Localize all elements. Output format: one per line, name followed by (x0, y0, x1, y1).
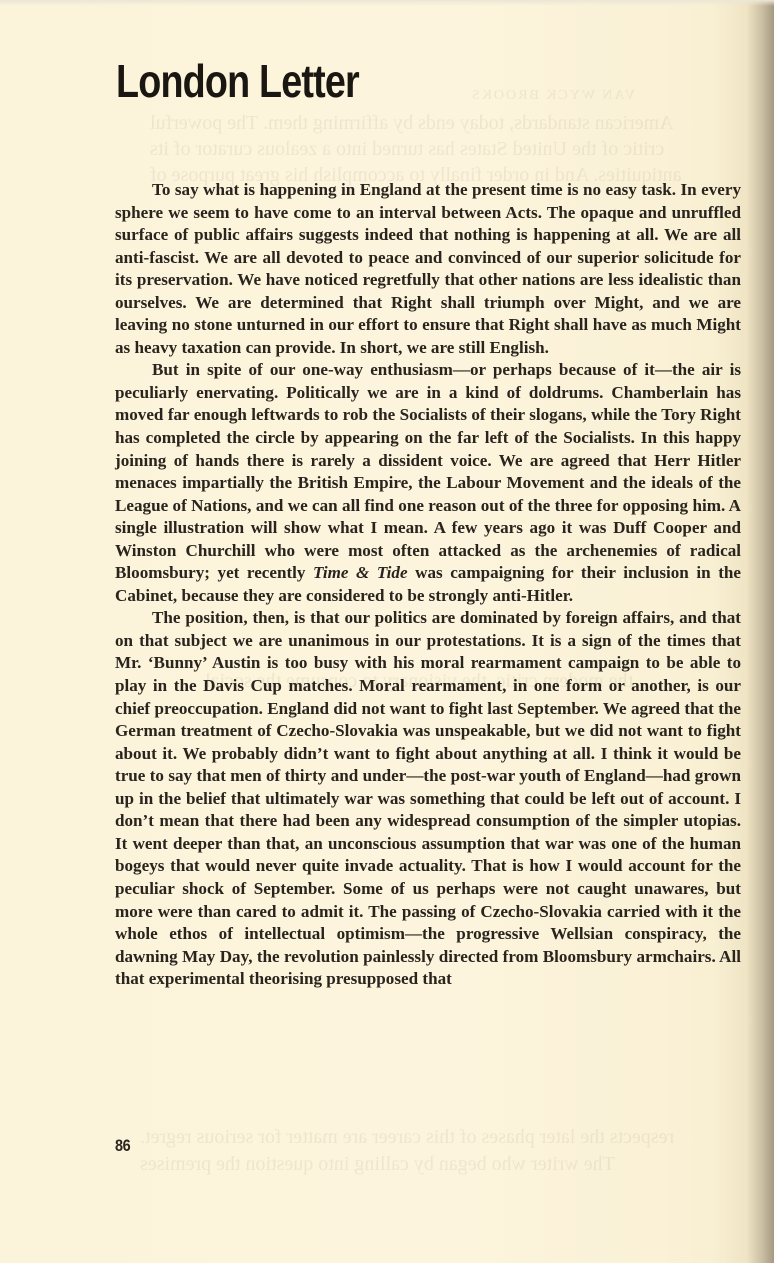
bleed-through-header: VAN WYCK BROOKS (470, 88, 635, 104)
italic-title: Time & Tide (313, 563, 408, 582)
article-title: London Letter (116, 58, 359, 104)
bleed-through-line: critic of the United States has turned i… (150, 138, 664, 161)
page-number: 86 (115, 1136, 130, 1156)
paragraph: The position, then, is that our politics… (115, 607, 741, 990)
bleed-through-line: respects the later phases of this career… (140, 1126, 674, 1149)
paragraph: But in spite of our one-way enthusiasm—o… (115, 359, 741, 607)
page-top-edge (0, 0, 774, 6)
paragraph: To say what is happening in England at t… (115, 179, 741, 359)
bleed-through-line: The writer who began by calling into que… (140, 1153, 615, 1176)
article-body: To say what is happening in England at t… (115, 179, 741, 991)
bleed-through-line: American standards, today ends by affirm… (150, 112, 674, 135)
journal-page: VAN WYCK BROOKS American standards, toda… (0, 0, 774, 1263)
